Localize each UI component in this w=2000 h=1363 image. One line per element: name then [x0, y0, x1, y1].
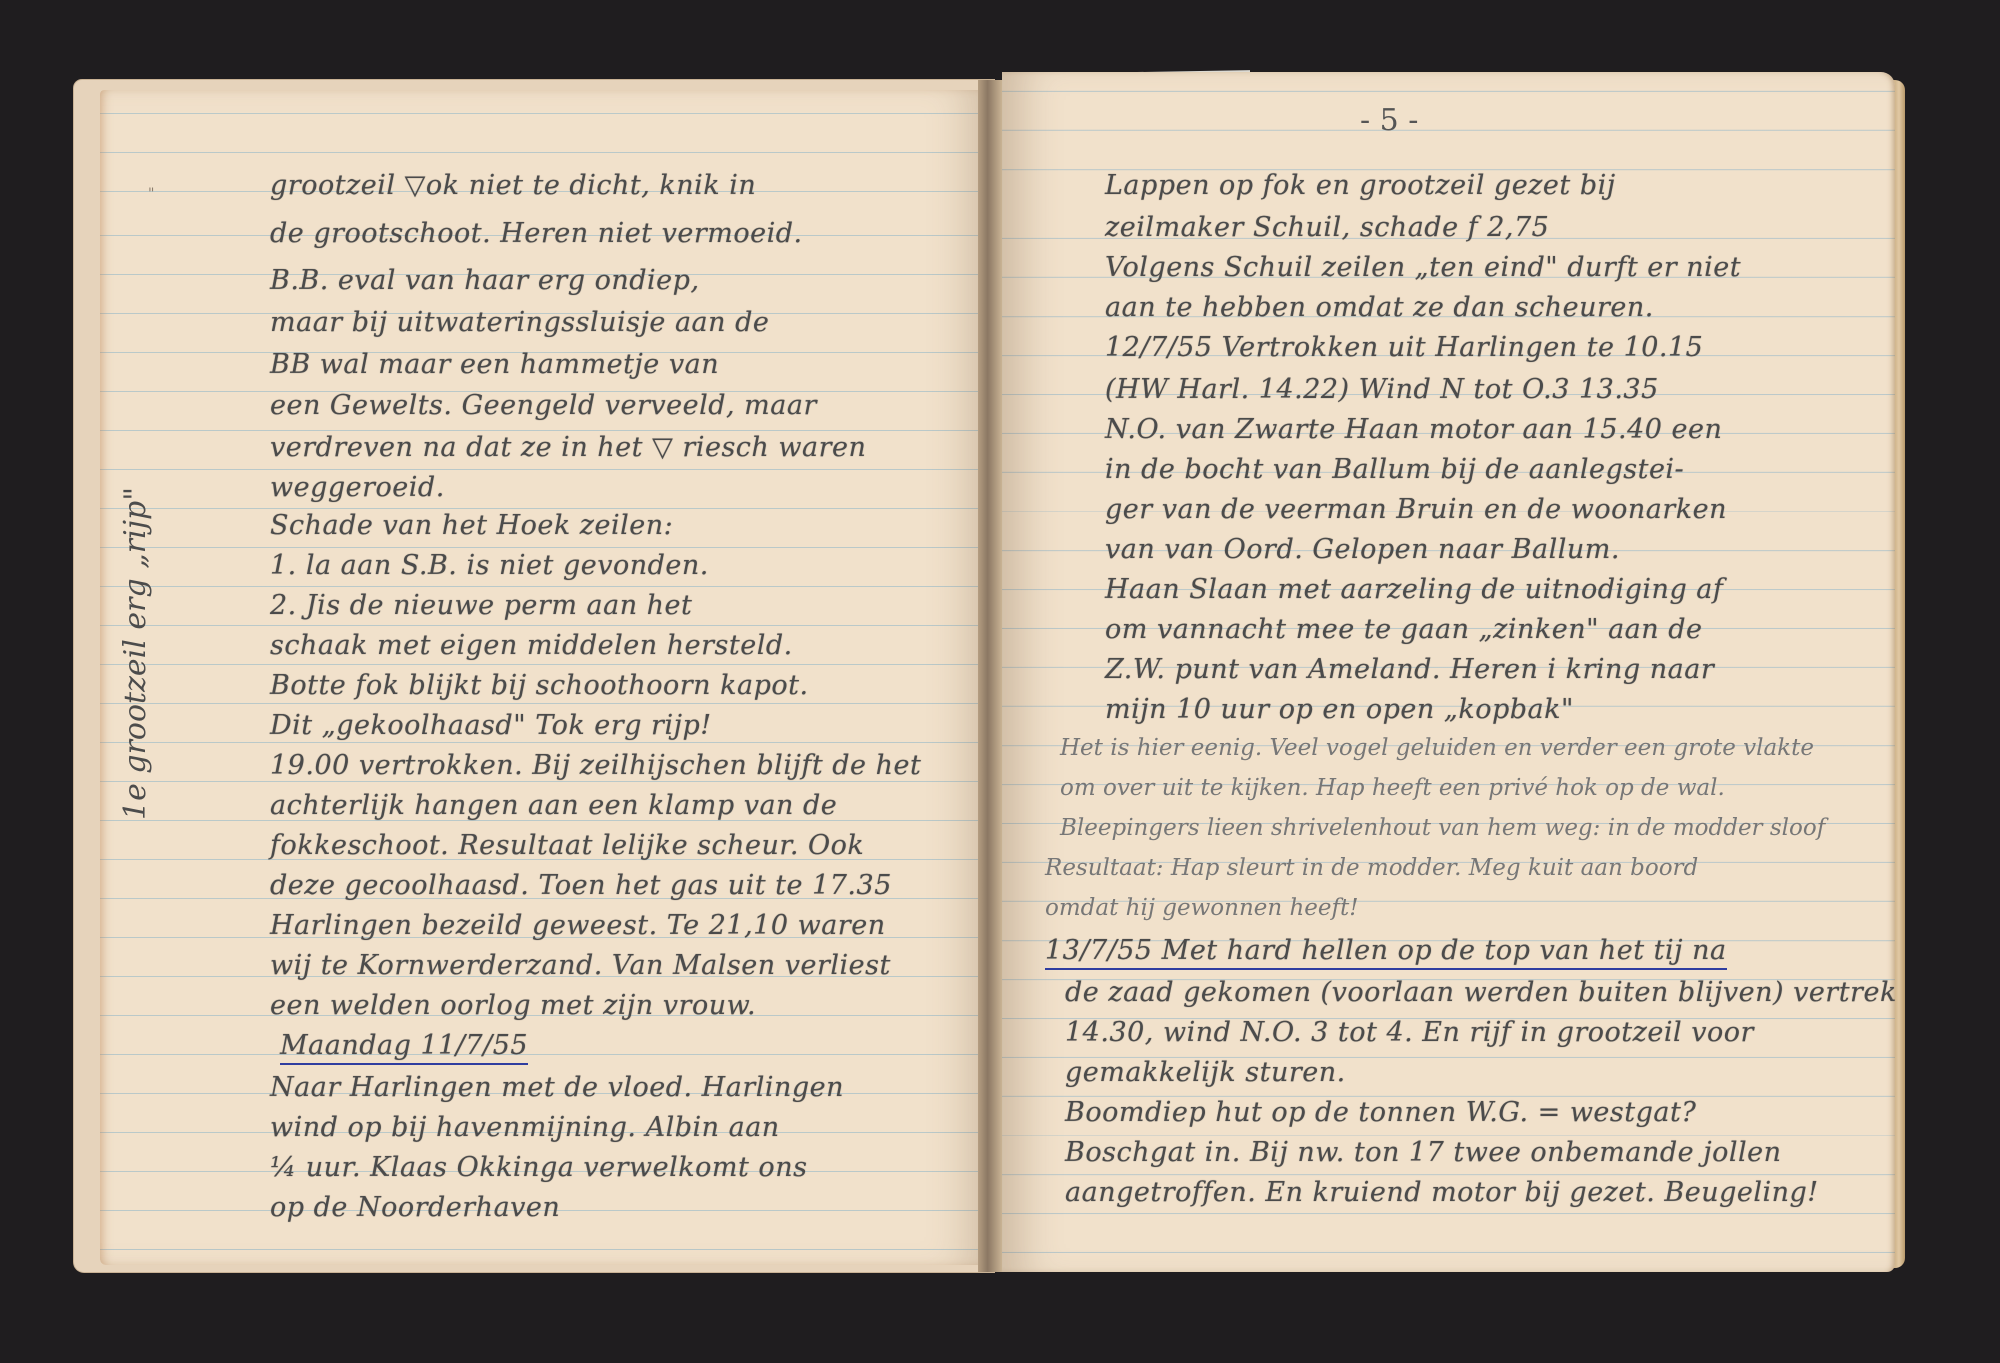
text-line: BB wal maar een hammetje van: [270, 349, 719, 380]
text-line: een welden oorlog met zijn vrouw.: [270, 990, 756, 1021]
text-line: Z.W. punt van Ameland. Heren i kring naa…: [1105, 654, 1714, 685]
text-line: 1. la aan S.B. is niet gevonden.: [270, 550, 709, 581]
text-line: Haan Slaan met aarzeling de uitnodiging …: [1105, 574, 1723, 605]
text-line: deze gecoolhaasd. Toen het gas uit te 17…: [270, 870, 892, 901]
text-line: Dit „gekoolhaasd" Tok erg rijp!: [270, 710, 712, 741]
text-line: in de bocht van Ballum bij de aanlegstei…: [1105, 454, 1684, 485]
text-line: wind op bij havenmijning. Albin aan: [270, 1112, 780, 1143]
text-line: 2. Jis de nieuwe perm aan het: [270, 590, 692, 621]
text-line: wij te Kornwerderzand. Van Malsen verlie…: [270, 950, 891, 981]
text-line: N.O. van Zwarte Haan motor aan 15.40 een: [1105, 414, 1722, 445]
text-line: schaak met eigen middelen hersteld.: [270, 630, 793, 661]
text-line: aangetroffen. En kruiend motor bij gezet…: [1065, 1177, 1819, 1208]
text-line: Harlingen bezeild geweest. Te 21,10 ware…: [270, 910, 886, 941]
text-line: gemakkelijk sturen.: [1065, 1057, 1346, 1088]
date-heading: 13/7/55 Met hard hellen op de top van he…: [1045, 935, 1727, 970]
text-line: maar bij uitwateringssluisje aan de: [270, 307, 769, 338]
text-line: ger van de veerman Bruin en de woonarken: [1105, 494, 1727, 525]
text-line: achterlijk hangen aan een klamp van de: [270, 790, 837, 821]
text-line: van van Oord. Gelopen naar Ballum.: [1105, 534, 1620, 565]
text-line: Boschgat in. Bij nw. ton 17 twee onbeman…: [1065, 1137, 1781, 1168]
text-line: de grootschoot. Heren niet vermoeid.: [270, 218, 803, 249]
text-line: weggeroeid.: [270, 472, 445, 503]
text-line: (HW Harl. 14.22) Wind N tot O.3 13.35: [1105, 374, 1659, 405]
text-line: fokkeschoot. Resultaat lelijke scheur. O…: [270, 830, 864, 861]
margin-note: 1e grootzeil erg „rijp": [118, 487, 153, 820]
text-line: zeilmaker Schuil, schade f 2,75: [1105, 212, 1549, 243]
text-line: 14.30, wind N.O. 3 tot 4. En rijf in gro…: [1065, 1017, 1754, 1048]
text-line: mijn 10 uur op en open „kopbak": [1105, 694, 1574, 725]
date-heading: Maandag 11/7/55: [280, 1030, 528, 1065]
text-line: Boomdiep hut op de tonnen W.G. = westgat…: [1065, 1097, 1696, 1128]
text-line: aan te hebben omdat ze dan scheuren.: [1105, 292, 1654, 323]
text-line: de zaad gekomen (voorlaan werden buiten …: [1065, 977, 1897, 1008]
light-pencil-line: om over uit te kijken. Hap heeft een pri…: [1060, 775, 1725, 801]
text-line: Botte fok blijkt bij schoothoorn kapot.: [270, 670, 809, 701]
margin-tick-mark: ": [148, 186, 154, 202]
text-line: verdreven na dat ze in het ▽ riesch ware…: [270, 432, 866, 463]
text-line: ¼ uur. Klaas Okkinga verwelkomt ons: [270, 1152, 807, 1183]
text-line: grootzeil ▽ok niet te dicht, knik in: [270, 170, 756, 201]
light-pencil-line: Bleepingers lieen shrivelenhout van hem …: [1060, 815, 1825, 841]
light-pencil-line: omdat hij gewonnen heeft!: [1045, 895, 1359, 921]
text-line: B.B. eval van haar erg ondiep,: [270, 265, 700, 296]
notebook-spine: [978, 80, 1002, 1272]
text-line: een Gewelts. Geengeld verveeld, maar: [270, 390, 817, 421]
text-line: Schade van het Hoek zeilen:: [270, 510, 673, 541]
text-line: Lappen op fok en grootzeil gezet bij: [1105, 170, 1616, 201]
text-line: Naar Harlingen met de vloed. Harlingen: [270, 1072, 844, 1103]
text-line: Volgens Schuil zeilen „ten eind" durft e…: [1105, 252, 1741, 283]
text-line: 19.00 vertrokken. Bij zeilhijschen blijf…: [270, 750, 921, 781]
light-pencil-line: Het is hier eenig. Veel vogel geluiden e…: [1060, 735, 1814, 761]
light-pencil-line: Resultaat: Hap sleurt in de modder. Meg …: [1045, 855, 1698, 881]
text-line: op de Noorderhaven: [270, 1192, 560, 1223]
date-heading: 12/7/55 Vertrokken uit Harlingen te 10.1…: [1105, 332, 1703, 363]
page-number: - 5 -: [1360, 103, 1418, 138]
text-line: om vannacht mee te gaan „zinken" aan de: [1105, 614, 1703, 645]
